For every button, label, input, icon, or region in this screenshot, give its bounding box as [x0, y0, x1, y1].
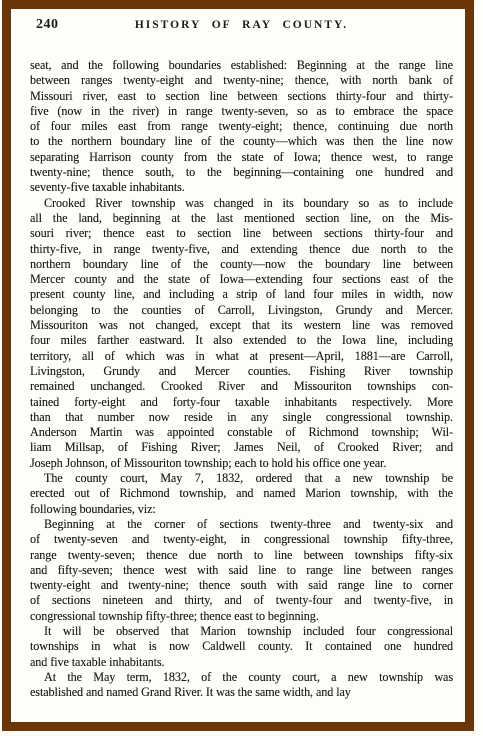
text-line: twenty-eight and twenty-nine; thence sou…: [30, 578, 453, 593]
text-line: twenty-nine; thence south, to the beginn…: [30, 165, 453, 180]
text-line: congressional township fifty-three; then…: [30, 609, 453, 624]
text-line: It will be observed that Marion township…: [30, 624, 453, 639]
page-number: 240: [36, 17, 59, 33]
text-line: of twenty-seven and twenty-eight, in con…: [30, 532, 453, 547]
text-line: seventy-five taxable inhabitants.: [30, 180, 453, 195]
paragraph: The county court, May 7, 1832, ordered t…: [30, 471, 453, 517]
text-line: Anderson Martin was appointed constable …: [30, 425, 453, 440]
text-line: thirty-five, in range twenty-five, and e…: [30, 242, 453, 257]
text-line: of sections nineteen and thirty, and of …: [30, 593, 453, 608]
text-line: Missouriton was not changed, except that…: [30, 318, 453, 333]
text-line: souri river; thence east to section line…: [30, 226, 453, 241]
page-body: seat, and the following boundaries estab…: [30, 58, 453, 700]
text-line: The county court, May 7, 1832, ordered t…: [30, 471, 453, 486]
scanned-book-page: 240 HISTORY OF RAY COUNTY. seat, and the…: [0, 0, 483, 736]
text-line: and five taxable inhabitants.: [30, 655, 453, 670]
running-head: HISTORY OF RAY COUNTY.: [30, 16, 453, 31]
text-line: Beginning at the corner of sections twen…: [30, 517, 453, 532]
text-line: range twenty-seven; thence due north to …: [30, 548, 453, 563]
text-line: tained forty-eight and forty-four taxabl…: [30, 395, 453, 410]
paragraph: It will be observed that Marion township…: [30, 624, 453, 670]
text-line: liam Millsap, of Fishing River; James Ne…: [30, 440, 453, 455]
text-line: and fifty-seven; thence west with said l…: [30, 563, 453, 578]
text-line: Crooked River township was changed in it…: [30, 196, 453, 211]
text-line: following boundaries, viz:: [30, 502, 453, 517]
text-line: Joseph Johnson, of Missouriton township;…: [30, 456, 453, 471]
paragraph: Beginning at the corner of sections twen…: [30, 517, 453, 624]
text-line: Mercer county and the state of Iowa—exte…: [30, 272, 453, 287]
text-line: separating Harrison county from the stat…: [30, 150, 453, 165]
text-line: northern boundary line of the county—now…: [30, 257, 453, 272]
text-line: than that number now reside in any singl…: [30, 410, 453, 425]
text-line: five (now in the river) in range twenty-…: [30, 104, 453, 119]
text-line: Livingston, Grundy and Mercer counties. …: [30, 364, 453, 379]
paragraph: Crooked River township was changed in it…: [30, 196, 453, 471]
paragraph: seat, and the following boundaries estab…: [30, 58, 453, 196]
text-line: between ranges twenty-eight and twenty-n…: [30, 73, 453, 88]
text-line: Missouri river, east to section line bet…: [30, 89, 453, 104]
page-header: 240 HISTORY OF RAY COUNTY.: [30, 16, 453, 34]
text-line: seat, and the following boundaries estab…: [30, 58, 453, 73]
text-line: townships in what is now Caldwell county…: [30, 639, 453, 654]
text-line: erected out of Richmond township, and na…: [30, 486, 453, 501]
text-line: of four miles east from range twenty-eig…: [30, 119, 453, 134]
text-line: all the land, beginning at the last ment…: [30, 211, 453, 226]
text-line: remained unchanged. Crooked River and Mi…: [30, 379, 453, 394]
page-content: 240 HISTORY OF RAY COUNTY. seat, and the…: [30, 16, 453, 700]
text-line: present county line, and including a str…: [30, 287, 453, 302]
text-line: four miles farther eastward. It also ext…: [30, 333, 453, 348]
text-line: established and named Grand River. It wa…: [30, 685, 453, 700]
text-line: territory, all of which was in what at p…: [30, 349, 453, 364]
paragraph: At the May term, 1832, of the county cou…: [30, 670, 453, 701]
text-line: to the northern boundary line of the cou…: [30, 134, 453, 149]
text-line: belonging to the counties of Carroll, Li…: [30, 303, 453, 318]
text-line: At the May term, 1832, of the county cou…: [30, 670, 453, 685]
